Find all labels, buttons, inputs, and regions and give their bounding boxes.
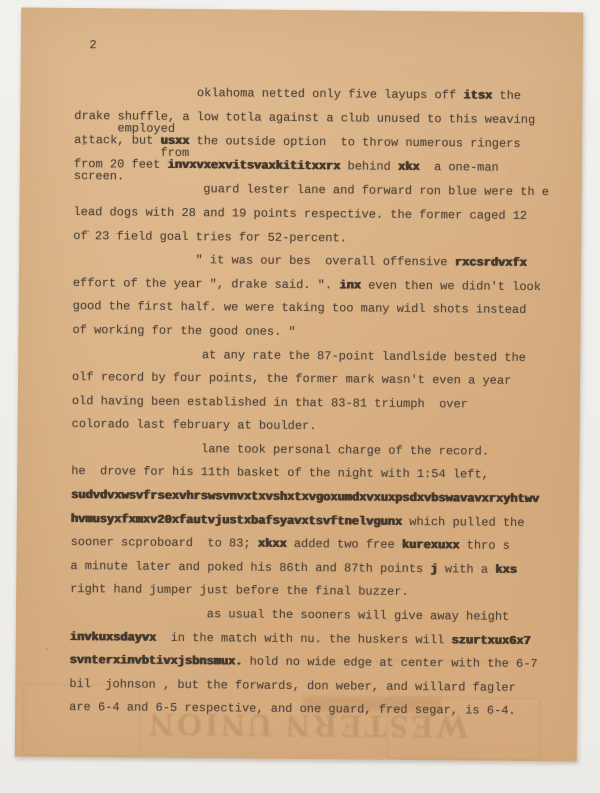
struck-out-text: itsx: [463, 89, 492, 103]
struck-out-text: hvmusyxfxmxv20xfautvjustxbafsyavxtsvftne…: [71, 512, 402, 529]
typed-text: " it was our bes overall offensive: [73, 252, 455, 269]
struck-out-text: szurtxux6x7: [451, 633, 530, 648]
struck-out-text: rxcsrdvxfx: [455, 255, 527, 270]
struck-out-text: invkuxsdayvx: [70, 630, 157, 645]
typed-text: right hand jumper just before the final …: [70, 582, 409, 599]
text-line: are 6-4 and 6-5 respective, and one guar…: [69, 700, 569, 728]
typed-text: thro s: [459, 539, 510, 553]
typed-text: he drove for his 11th basket of the nigh…: [71, 464, 489, 482]
typed-text: lead dogs with 28 and 19 points respecti…: [73, 205, 527, 223]
typed-text: even then we didn't look: [361, 278, 541, 294]
typed-text: the outside option to throw numerous rin…: [189, 134, 520, 151]
struck-out-text: kurexuxx: [402, 538, 460, 553]
paper-speck: [46, 648, 48, 650]
typed-text: oklahoma netted only five layups off: [74, 85, 463, 102]
typed-text: hold no wide edge at center with the 6-7: [242, 655, 537, 672]
struck-out-text: sudvdvxwsvfrsexvhrswsvnvxtxvshxtxvgoxumd…: [71, 488, 539, 506]
typed-text: guard lester lane and forward ron blue w…: [74, 181, 549, 199]
typed-text: of working for the good ones. ": [72, 323, 295, 339]
typed-lines: 2 oklahoma netted only five layups off i…: [69, 38, 575, 728]
struck-out-text: xkxx: [258, 537, 287, 551]
typed-text: which pulled the: [402, 515, 525, 530]
typed-text: of 23 field goal tries for 52-percent.: [73, 229, 347, 245]
typed-text: 2: [75, 38, 97, 52]
typed-text: a minute later and poked his 86th and 87…: [70, 559, 430, 576]
typed-text: behind: [340, 160, 398, 175]
typed-text: old having been established in that 83-8…: [72, 394, 468, 411]
struck-out-text: inx: [339, 278, 361, 292]
scanned-document: { "document": { "kind": "typewritten pag…: [0, 0, 600, 793]
typed-text: sooner scproboard to 83;: [71, 535, 258, 551]
typed-text: the: [492, 89, 521, 103]
typed-text: effort of the year ", drake said. ".: [73, 276, 340, 292]
typed-text: added two free: [287, 537, 402, 552]
typed-text: bil johnson , but the forwards, don webe…: [69, 677, 516, 695]
typed-text: olf record by four points, the former ma…: [72, 370, 511, 388]
typed-text: in the match with nu. the huskers will: [156, 630, 451, 647]
typed-text: lane took personal charge of the record.: [71, 441, 489, 459]
typed-text: colorado last february at boulder.: [72, 417, 317, 433]
telegram-paper: WESTERN UNION 2 oklahoma netted only fiv…: [15, 8, 584, 762]
typed-text: are 6-4 and 6-5 respective, and one guar…: [69, 700, 516, 718]
typed-text: good the first half. we were taking too …: [73, 299, 527, 317]
typed-text: with a: [438, 562, 496, 577]
typed-text: at any rate the 87-point landlside beste…: [72, 347, 526, 365]
struck-out-text: kxs: [495, 563, 517, 577]
typed-text: as usual the sooners will give away heig…: [70, 606, 509, 624]
struck-out-text: svnterxinvbtivxjsbnsmux.: [70, 653, 243, 669]
typed-text: a one-man: [420, 160, 499, 175]
struck-out-text: xkx: [398, 160, 420, 174]
struck-out-text: invxvxexvitsvaxkititxxrx: [167, 158, 340, 174]
